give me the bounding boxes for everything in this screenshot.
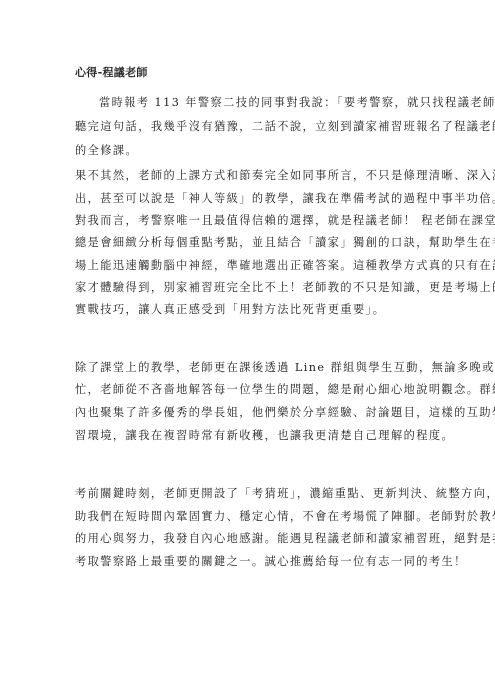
paragraph-line: 考取警察路上最重要的關鍵之一。誠心推薦給每一位有志一同的考生！ [75,555,467,569]
document-title: 心得-程議老師 [75,64,148,80]
paragraph-line: 內也聚集了許多優秀的學長姐，他們樂於分享經驗、討論題目，這樣的互助學 [75,406,495,420]
paragraph-line: 當時報考 113 年警察二技的同事對我說：「要考警察，就只找程議老師！」 [99,96,495,110]
paragraph-line: 除了課堂上的教學，老師更在課後透過 Line 群組與學生互動，無論多晚或多 [75,361,495,375]
paragraph-line: 助我們在短時間內鞏固實力、穩定心情，不會在考場慌了陣腳。老師對於教學 [75,510,495,524]
document-page: 心得-程議老師 當時報考 113 年警察二技的同事對我說：「要考警察，就只找程議… [0,0,495,700]
paragraph-line: 聽完這句話，我幾乎沒有猶豫，二話不說，立刻到讀家補習班報名了程議老師 [75,120,495,134]
paragraph-line: 考前關鍵時刻，老師更開設了「考猜班」，濃縮重點、更新判決、統整方向，幫 [75,487,495,501]
paragraph-line: 習環境，讓我在複習時常有新收穫，也讓我更清楚自己理解的程度。 [75,429,454,443]
paragraph-line: 的用心與努力，我發自內心地感謝。能遇見程議老師和讀家補習班，絕對是我 [75,532,495,546]
paragraph-line: 出，甚至可以說是「神人等級」的教學，讓我在準備考試的過程中事半功倍。 [75,192,495,206]
paragraph-line: 對我而言，考警察唯一且最值得信賴的選擇，就是程議老師！ 程老師在課堂上 [75,214,495,228]
paragraph-line: 忙，老師從不吝嗇地解答每一位學生的問題，總是耐心細心地說明觀念。群組 [75,383,495,397]
paragraph-line: 家才體驗得到，別家補習班完全比不上！老師教的不只是知識，更是考場上的 [75,281,495,295]
paragraph-line: 實戰技巧，讓人真正感受到「用對方法比死背更重要」。 [75,303,385,317]
paragraph-line: 的全修課。 [75,144,138,158]
paragraph-line: 果不其然，老師的上課方式和節奏完全如同事所言，不只是條理清晰、深入淺 [75,169,495,183]
paragraph-line: 總是會細緻分析每個重點考點，並且結合「讀家」獨創的口訣，幫助學生在考 [75,236,495,250]
paragraph-line: 場上能迅速觸動腦中神經，準確地選出正確答案。這種教學方式真的只有在讀 [75,259,495,273]
